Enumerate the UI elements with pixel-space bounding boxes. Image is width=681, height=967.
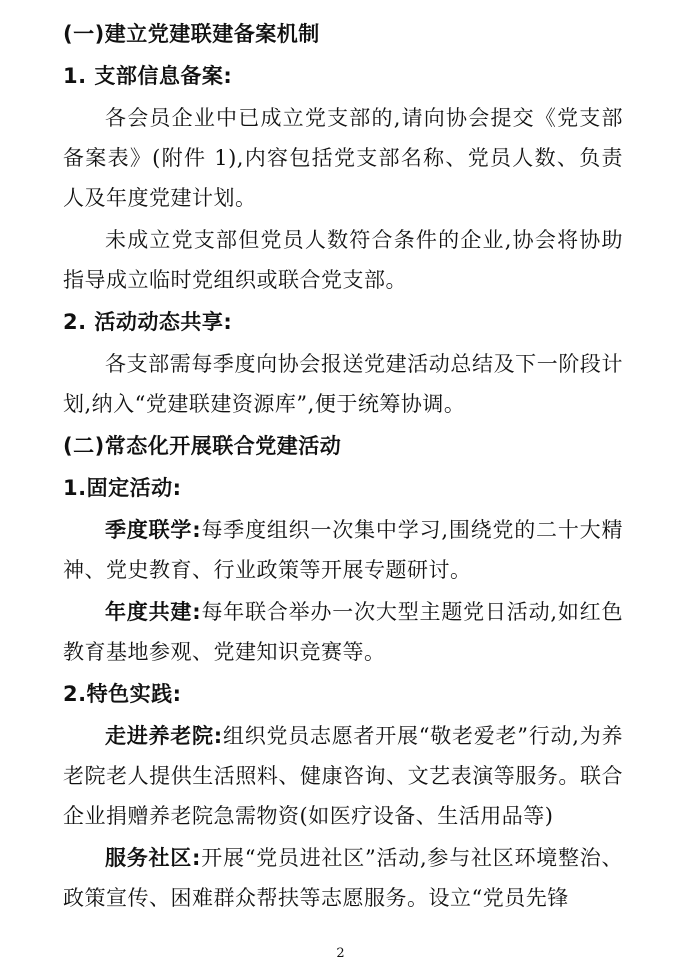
section-2-heading: (二)常态化开展联合党建活动 [63,426,623,466]
paragraph-lead-term: 季度联学: [105,518,201,542]
paragraph: 各会员企业中已成立党支部的,请向协会提交《党支部备案表》(附件 1),内容包括党… [63,98,623,218]
section-1-heading: (一)建立党建联建备案机制 [63,14,623,54]
paragraph: 服务社区:开展“党员进社区”活动,参与社区环境整治、政策宣传、困难群众帮扶等志愿… [63,838,623,918]
paragraph: 各支部需每季度向协会报送党建活动总结及下一阶段计划,纳入“党建联建资源库”,便于… [63,344,623,424]
paragraph-lead-term: 服务社区: [105,846,201,870]
section-1-subheading-1: 1. 支部信息备案: [63,56,623,96]
paragraph: 年度共建:每年联合举办一次大型主题党日活动,如红色教育基地参观、党建知识竞赛等。 [63,592,623,672]
paragraph: 未成立党支部但党员人数符合条件的企业,协会将协助指导成立临时党组织或联合党支部。 [63,220,623,300]
section-2-subheading-2: 2.特色实践: [63,674,623,714]
section-1-subheading-2: 2. 活动动态共享: [63,302,623,342]
paragraph-lead-term: 走进养老院: [105,724,223,748]
document-page: (一)建立党建联建备案机制 1. 支部信息备案: 各会员企业中已成立党支部的,请… [0,0,681,967]
paragraph: 季度联学:每季度组织一次集中学习,围绕党的二十大精神、党史教育、行业政策等开展专… [63,510,623,590]
paragraph-lead-term: 年度共建: [105,600,201,624]
paragraph: 走进养老院:组织党员志愿者开展“敬老爱老”行动,为养老院老人提供生活照料、健康咨… [63,716,623,836]
section-2-subheading-1: 1.固定活动: [63,468,623,508]
page-number: 2 [0,946,681,961]
